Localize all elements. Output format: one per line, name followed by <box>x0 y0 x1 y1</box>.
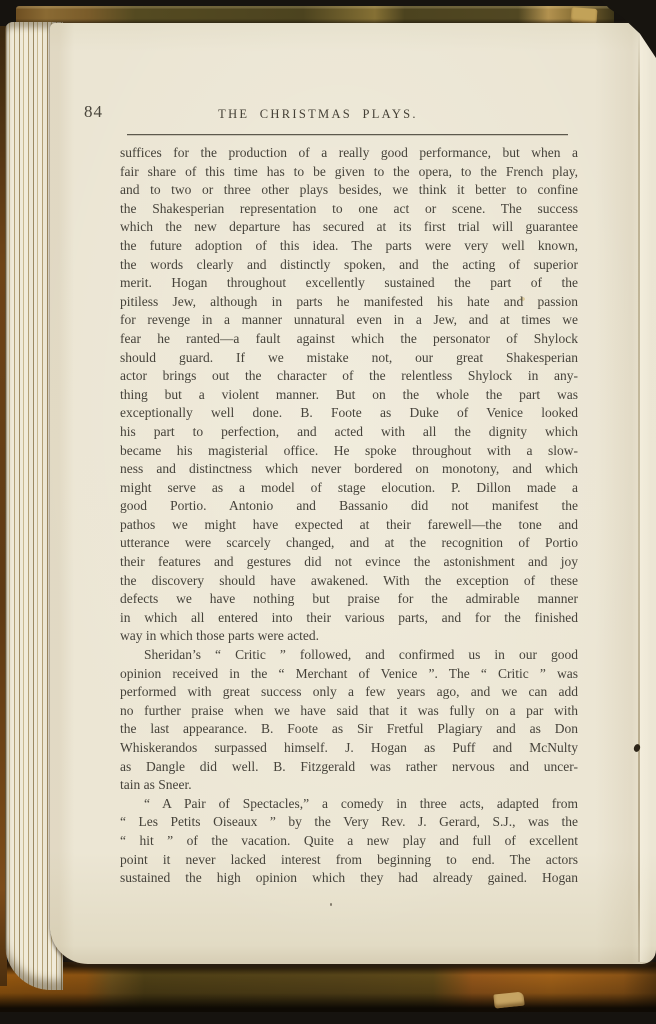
text-line: as Dangle did well. B. Fitzgerald was ra… <box>120 758 578 777</box>
running-header-title: THE CHRISTMAS PLAYS. <box>120 107 516 122</box>
text-line: exceptionally well done. B. Foote as Duk… <box>120 404 578 423</box>
text-line: tain as Sneer. <box>120 776 578 795</box>
text-line: the future adoption of this idea. The pa… <box>120 237 578 256</box>
text-line: point it never lacked interest from begi… <box>120 851 578 870</box>
text-line: his part to perfection, and acted with a… <box>120 423 578 442</box>
text-line: in which all entered into their various … <box>120 609 578 628</box>
paragraph: suffices for the production of a really … <box>120 144 578 646</box>
text-line: and to two or three other plays besides,… <box>120 181 578 200</box>
text-line: thing but a violent manner. But on the w… <box>120 386 578 405</box>
text-line: ness and distinctness which never border… <box>120 460 578 479</box>
book-cover-top-edge <box>16 6 614 24</box>
text-line: defects we have nothing but praise for t… <box>120 590 578 609</box>
text-line: for revenge in a manner unnatural even i… <box>120 311 578 330</box>
text-line: pathos we might have expected at their f… <box>120 516 578 535</box>
book-cover-bottom-edge <box>0 962 656 1012</box>
text-line: “ Les Petits Oiseaux ” by the Very Rev. … <box>120 813 578 832</box>
text-line: good Portio. Antonio and Bassanio did no… <box>120 497 578 516</box>
text-line: fair share of this time has to be given … <box>120 163 578 182</box>
text-line: “ hit ” of the vacation. Quite a new pla… <box>120 832 578 851</box>
text-line: Whiskerandos surpassed himself. J. Hogan… <box>120 739 578 758</box>
text-line: pitiless Jew, although in parts he manif… <box>120 293 578 312</box>
ink-speck <box>330 903 332 906</box>
text-line: suffices for the production of a really … <box>120 144 578 163</box>
paragraph: Sheridan’s “ Critic ” followed, and conf… <box>120 646 578 795</box>
text-line: opinion received in the “ Merchant of Ve… <box>120 665 578 684</box>
text-line: became his magisterial office. He spoke … <box>120 442 578 461</box>
header-rule <box>127 134 568 135</box>
cover-tear-patch-top <box>571 7 598 24</box>
page-fold-highlight <box>640 34 656 962</box>
text-line: should guard. If we mistake not, our gre… <box>120 349 578 368</box>
text-line: no further praise when we have said that… <box>120 702 578 721</box>
text-line: the last appearance. B. Foote as Sir Fre… <box>120 720 578 739</box>
text-line: which the new departure has secured at i… <box>120 218 578 237</box>
page-fold-line <box>638 34 640 962</box>
text-line: actor brings out the character of the re… <box>120 367 578 386</box>
text-line: Sheridan’s “ Critic ” followed, and conf… <box>120 646 578 665</box>
text-line: “ A Pair of Spectacles,” a comedy in thr… <box>120 795 578 814</box>
book-scan: 84 THE CHRISTMAS PLAYS. suffices for the… <box>0 0 656 1024</box>
text-line: might serve as a model of stage elocutio… <box>120 479 578 498</box>
text-line: performed with great success only a few … <box>120 683 578 702</box>
text-line: sustained the high opinion which they ha… <box>120 869 578 888</box>
text-line: way in which those parts were acted. <box>120 627 578 646</box>
text-line: their features and gestures did not evin… <box>120 553 578 572</box>
text-line: the Shakesperian representation to one a… <box>120 200 578 219</box>
page-number: 84 <box>84 102 103 122</box>
page-text: suffices for the production of a really … <box>120 144 578 888</box>
text-line: the words clearly and distinctly spoken,… <box>120 256 578 275</box>
text-line: utterance were scarcely changed, and at … <box>120 534 578 553</box>
text-line: merit. Hogan throughout excellently sust… <box>120 274 578 293</box>
text-line: the discovery should have awakened. With… <box>120 572 578 591</box>
paragraph: “ A Pair of Spectacles,” a comedy in thr… <box>120 795 578 888</box>
text-line: fear he ranted—a fault against which the… <box>120 330 578 349</box>
